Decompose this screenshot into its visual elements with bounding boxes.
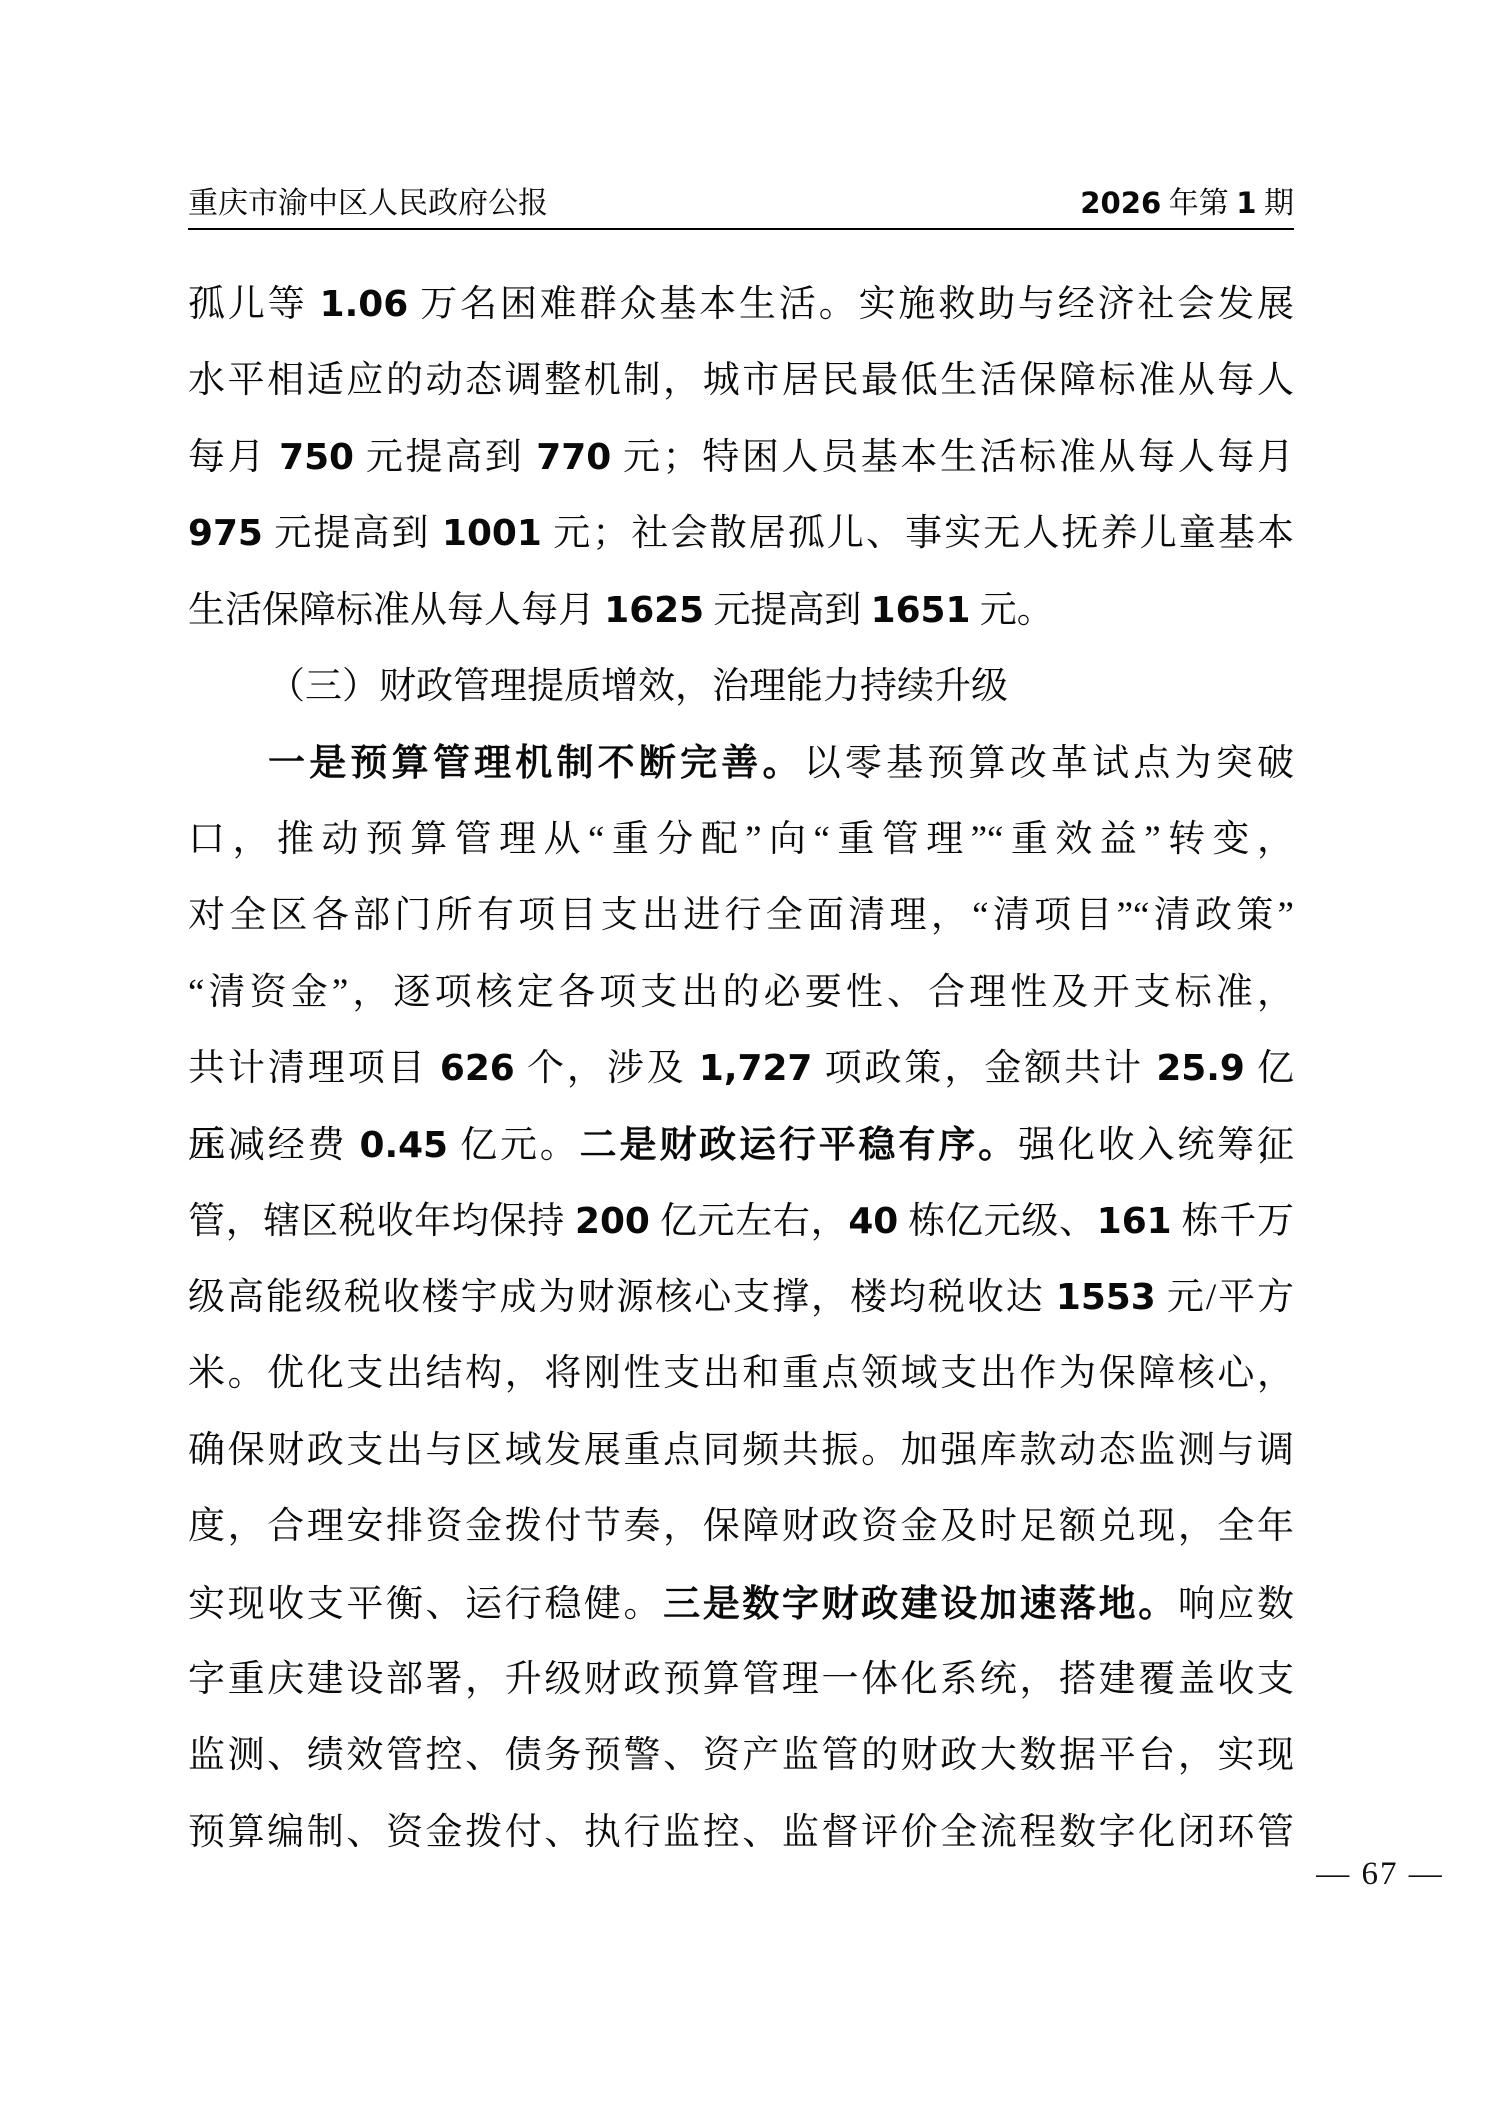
text-run: 每月 (188, 437, 279, 478)
numeric-value: 1651 (871, 590, 971, 631)
text-line: 米。优化支出结构，将刚性支出和重点领域支出作为保障核心， (188, 1336, 1294, 1412)
numeric-value: 1 (1236, 186, 1256, 220)
header-publication-title: 重庆市渝中区人民政府公报 (188, 185, 548, 223)
text-run: 共计清理项目 (188, 1048, 440, 1089)
header-issue-label: 2026 年第 1 期 (1080, 184, 1294, 223)
bold-run: 一是预算管理机制不断完善。 (268, 742, 804, 783)
text-line: 生活保障标准从每人每月 1625 元提高到 1651 元。 (188, 573, 1294, 649)
numeric-value: 200 (575, 1201, 650, 1242)
numeric-value: 161 (1097, 1201, 1172, 1242)
text-run: （三）财政管理提质增效，治理能力持续升级 (268, 666, 1008, 707)
numeric-value: 750 (279, 437, 354, 478)
text-run: 元提高到 (354, 437, 536, 478)
gazette-page: 重庆市渝中区人民政府公报 2026 年第 1 期 孤儿等 1.06 万名困难群众… (0, 0, 1488, 2104)
numeric-value: 1001 (442, 513, 542, 554)
text-line: 水平相适应的动态调整机制，城市居民最低生活保障标准从每人 (188, 343, 1294, 419)
numeric-value: 2026 (1080, 186, 1161, 220)
numeric-value: 1553 (1056, 1277, 1156, 1318)
text-run: 生活保障标准从每人每月 (188, 590, 604, 631)
text-line: 字重庆建设部署，升级财政预算管理一体化系统，搭建覆盖收支 (188, 1642, 1294, 1718)
text-line: 对全区各部门所有项目支出进行全面清理，“清项目”“清政策” (188, 878, 1294, 954)
text-run: 项政策，金额共计 (812, 1048, 1156, 1089)
text-line: 口，推动预算管理从“重分配”向“重管理”“重效益”转变， (188, 802, 1294, 878)
text-run: 预算编制、资金拨付、执行监控、监督评价全流程数字化闭环管 (188, 1812, 1294, 1853)
text-run: “清资金”，逐项核定各项支出的必要性、合理性及开支标准， (188, 972, 1294, 1013)
text-line: 每月 750 元提高到 770 元；特困人员基本生活标准从每人每月 (188, 420, 1294, 496)
text-run: 年第 (1161, 187, 1236, 220)
text-line: 级高能级税收楼宇成为财源核心支撑，楼均税收达 1553 元/平方 (188, 1260, 1294, 1336)
text-run: 确保财政支出与区域发展重点同频共振。加强库款动态监测与调 (188, 1430, 1294, 1471)
text-run: 压减经费 (188, 1125, 359, 1166)
bold-run: 二是财政运行平稳有序。 (580, 1124, 1018, 1165)
text-run: 栋千万 (1172, 1201, 1294, 1242)
text-run: 期 (1257, 187, 1295, 220)
text-line: 一是预算管理机制不断完善。以零基预算改革试点为突破 (188, 725, 1294, 801)
text-run: 元提高到 (263, 513, 442, 554)
text-run: 水平相适应的动态调整机制，城市居民最低生活保障标准从每人 (188, 360, 1294, 401)
text-line: 管，辖区税收年均保持 200 亿元左右，40 栋亿元级、161 栋千万 (188, 1184, 1294, 1260)
text-run: 对全区各部门所有项目支出进行全面清理，“清项目”“清政策” (188, 895, 1294, 936)
text-run: 元。 (970, 590, 1053, 631)
numeric-value: 626 (440, 1048, 515, 1089)
text-line: 实现收支平衡、运行稳健。三是数字财政建设加速落地。响应数 (188, 1566, 1294, 1642)
text-run: 级高能级税收楼宇成为财源核心支撑，楼均税收达 (188, 1277, 1056, 1318)
text-line: “清资金”，逐项核定各项支出的必要性、合理性及开支标准， (188, 955, 1294, 1031)
text-line: （三）财政管理提质增效，治理能力持续升级 (188, 649, 1294, 725)
numeric-value: 0.45 (359, 1125, 448, 1166)
text-line: 监测、绩效管控、债务预警、资产监管的财政大数据平台，实现 (188, 1718, 1294, 1794)
header-rule (188, 228, 1294, 230)
text-run: 度，合理安排资金拨付节奏，保障财政资金及时足额兑现，全年 (188, 1506, 1294, 1547)
page-header: 重庆市渝中区人民政府公报 2026 年第 1 期 (188, 184, 1294, 223)
text-run: 孤儿等 (188, 284, 320, 325)
text-run: 万名困难群众基本生活。实施救助与经济社会发展 (408, 284, 1294, 325)
numeric-value: 975 (188, 513, 263, 554)
text-run: 强化收入统筹征 (1018, 1125, 1294, 1166)
text-line: 共计清理项目 626 个，涉及 1,727 项政策，金额共计 25.9 亿元， (188, 1031, 1294, 1107)
text-run: 亿元左右， (650, 1201, 848, 1242)
text-line: 975 元提高到 1001 元；社会散居孤儿、事实无人抚养儿童基本 (188, 496, 1294, 572)
bold-run: 三是数字财政建设加速落地。 (663, 1583, 1178, 1624)
text-run: 响应数 (1178, 1584, 1294, 1625)
text-run: 栋亿元级、 (898, 1201, 1096, 1242)
page-number: — 67 — (1180, 1856, 1488, 1893)
text-run: 元；特困人员基本生活标准从每人每月 (611, 437, 1294, 478)
text-run: 米。优化支出结构，将刚性支出和重点领域支出作为保障核心， (188, 1353, 1294, 1394)
text-run: 个，涉及 (515, 1048, 699, 1089)
text-line: 确保财政支出与区域发展重点同频共振。加强库款动态监测与调 (188, 1413, 1294, 1489)
numeric-value: 1.06 (320, 284, 409, 325)
text-run: 元提高到 (704, 590, 871, 631)
text-run: 实现收支平衡、运行稳健。 (188, 1584, 663, 1625)
text-line: 预算编制、资金拨付、执行监控、监督评价全流程数字化闭环管 (188, 1795, 1294, 1871)
text-run: 口，推动预算管理从“重分配”向“重管理”“重效益”转变， (188, 819, 1294, 860)
text-run: 字重庆建设部署，升级财政预算管理一体化系统，搭建覆盖收支 (188, 1659, 1294, 1700)
text-run: 管，辖区税收年均保持 (188, 1201, 575, 1242)
text-line: 孤儿等 1.06 万名困难群众基本生活。实施救助与经济社会发展 (188, 267, 1294, 343)
text-run: 元/平方 (1156, 1277, 1294, 1318)
numeric-value: 25.9 (1156, 1048, 1245, 1089)
numeric-value: 1,727 (699, 1048, 812, 1089)
text-run: 元；社会散居孤儿、事实无人抚养儿童基本 (542, 513, 1294, 554)
text-line: 度，合理安排资金拨付节奏，保障财政资金及时足额兑现，全年 (188, 1489, 1294, 1565)
text-line: 压减经费 0.45 亿元。二是财政运行平稳有序。强化收入统筹征 (188, 1107, 1294, 1183)
text-run: 以零基预算改革试点为突破 (804, 743, 1294, 784)
text-run: 亿元。 (448, 1125, 580, 1166)
text-run: 监测、绩效管控、债务预警、资产监管的财政大数据平台，实现 (188, 1735, 1294, 1776)
numeric-value: 770 (536, 437, 611, 478)
numeric-value: 1625 (604, 590, 704, 631)
numeric-value: 40 (848, 1201, 898, 1242)
document-body: 孤儿等 1.06 万名困难群众基本生活。实施救助与经济社会发展水平相适应的动态调… (188, 267, 1294, 1871)
